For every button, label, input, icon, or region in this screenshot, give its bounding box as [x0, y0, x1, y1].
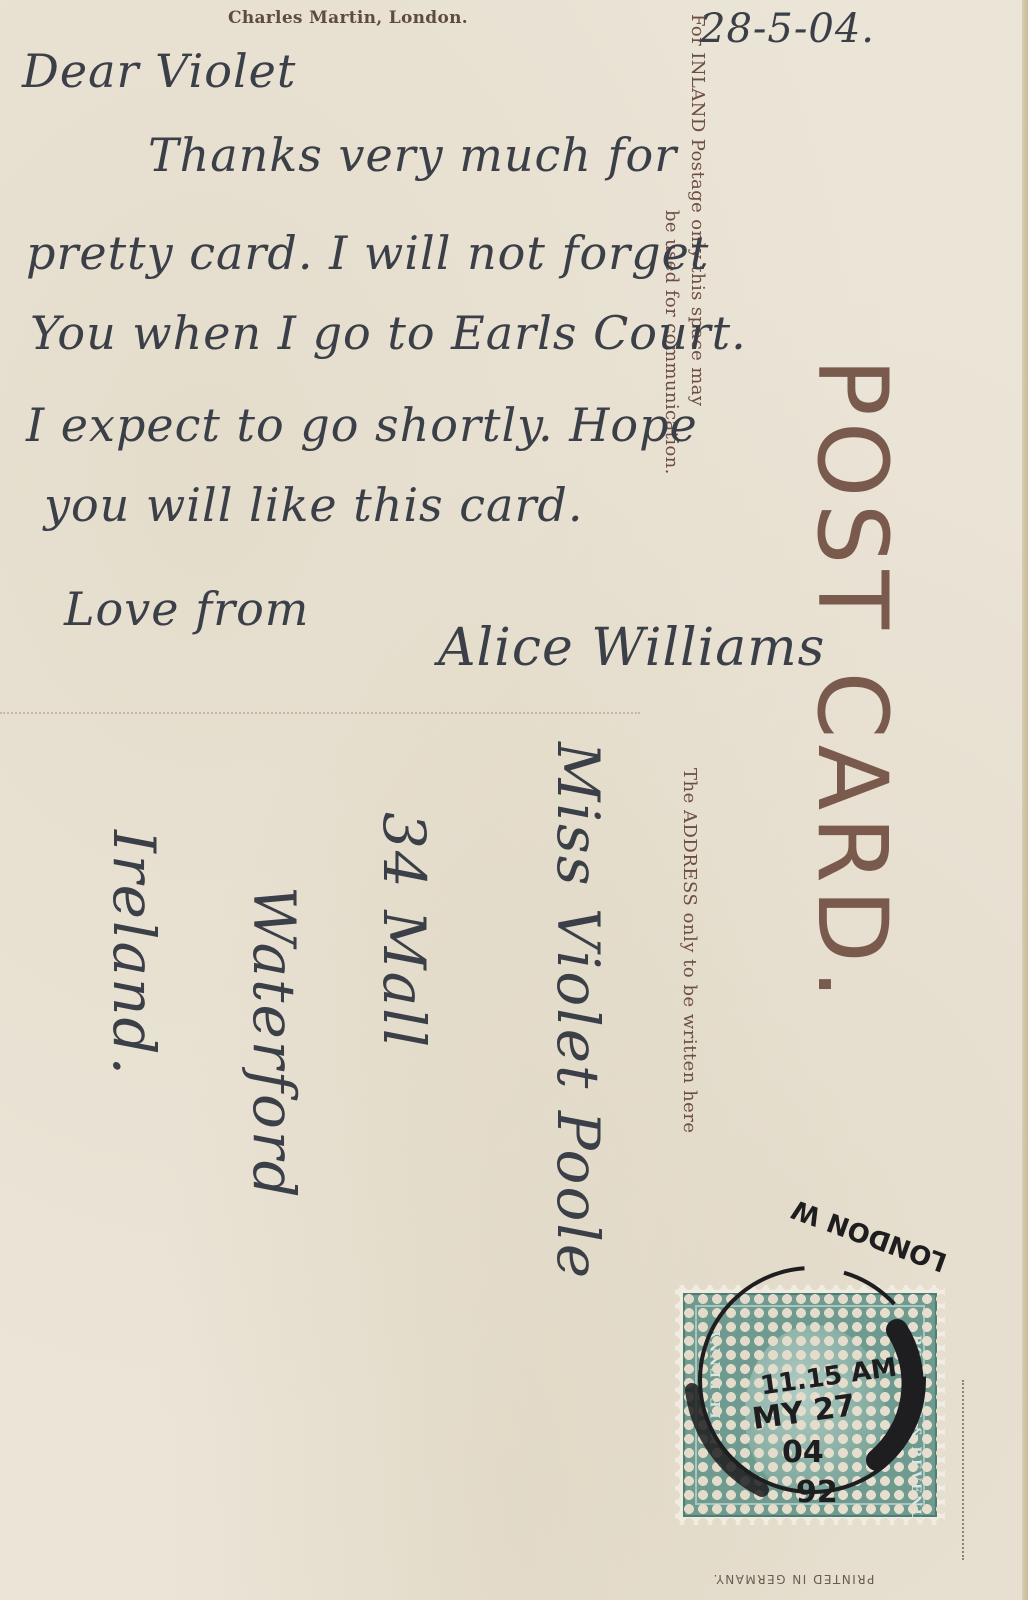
address-instruction: The ADDRESS only to be written here: [679, 768, 700, 1134]
message-line: You when I go to Earls Court.: [30, 306, 747, 360]
printed-in-germany: PRINTED IN GERMANY.: [712, 1572, 874, 1586]
address-line: Ireland.: [100, 830, 168, 1077]
message-divider: [0, 712, 640, 714]
card-edge: [1022, 0, 1028, 1600]
signature: Alice Williams: [438, 618, 825, 678]
message-line: pretty card. I will not forget: [26, 226, 709, 280]
postmark-year: 04: [782, 1435, 824, 1470]
postcard: Charles Martin, London. For INLAND Posta…: [0, 0, 1028, 1600]
address-line: 34 Mall: [370, 812, 438, 1049]
greeting: Dear Violet: [22, 44, 296, 98]
publisher-imprint: Charles Martin, London.: [228, 8, 468, 28]
message-line: I expect to go shortly. Hope: [26, 398, 698, 452]
postcard-title: POST CARD.: [796, 358, 908, 1005]
address-line: Miss Violet Poole: [544, 742, 612, 1280]
address-line: Waterford: [240, 886, 308, 1200]
closing: Love from: [64, 582, 309, 636]
message-line: Thanks very much for: [148, 128, 677, 182]
message-line: you will like this card.: [44, 478, 584, 532]
postmark-code: 92: [796, 1475, 838, 1510]
handwritten-date: 28-5-04.: [700, 6, 875, 52]
